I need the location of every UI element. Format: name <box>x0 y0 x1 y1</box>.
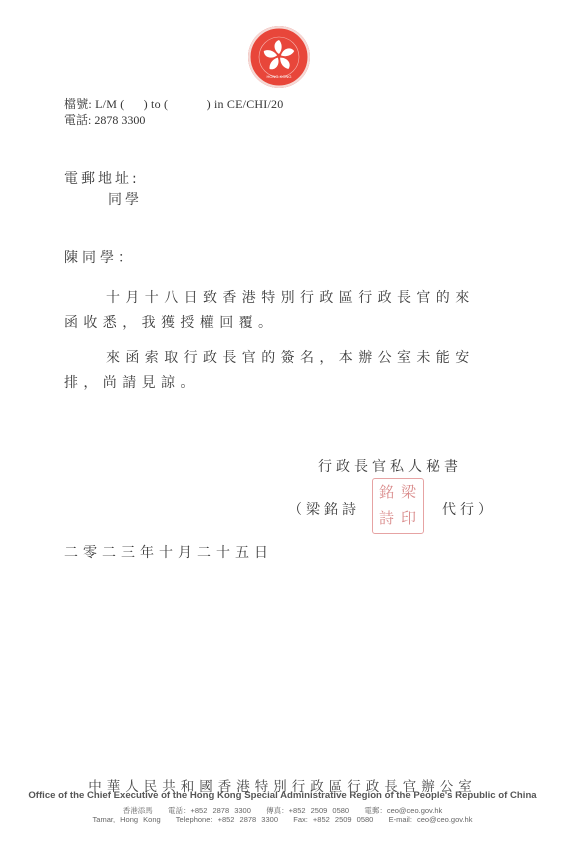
signatory-title: 行政長官私人秘書 <box>318 456 462 476</box>
seal-char-2: 銘 <box>379 481 394 502</box>
seal-char-4: 印 <box>401 507 416 528</box>
reference-number: 檔號: L/M ( ) to ( ) in CE/CHI/20 <box>64 95 283 112</box>
recipient-name: 同學 <box>108 189 142 209</box>
hksar-emblem-icon: HONG KONG <box>248 26 310 88</box>
email-address-label: 電郵地址: <box>64 168 140 188</box>
footer-office-english: Office of the Chief Executive of the Hon… <box>0 790 565 801</box>
seal-char-1: 梁 <box>401 481 416 502</box>
telephone-number: 電話: 2878 3300 <box>64 111 145 128</box>
acting-for-label: 代行） <box>442 499 496 519</box>
signatory-name: （梁銘詩 <box>288 499 360 519</box>
salutation: 陳同學： <box>64 247 136 267</box>
letter-date: 二零二三年十月二十五日 <box>64 542 273 562</box>
footer-contact-english: Tamar, Hong Kong Telephone: +852 2878 33… <box>0 815 565 824</box>
body-paragraph-2: 來函索取行政長官的簽名，本辦公室未能安排，尚請見諒。 <box>64 346 484 396</box>
svg-text:HONG KONG: HONG KONG <box>267 74 292 79</box>
seal-stamp-icon: 梁 銘 詩 印 <box>372 478 424 534</box>
body-paragraph-1: 十月十八日致香港特別行政區行政長官的來函收悉，我獲授權回覆。 <box>64 286 484 336</box>
seal-char-3: 詩 <box>379 507 394 528</box>
